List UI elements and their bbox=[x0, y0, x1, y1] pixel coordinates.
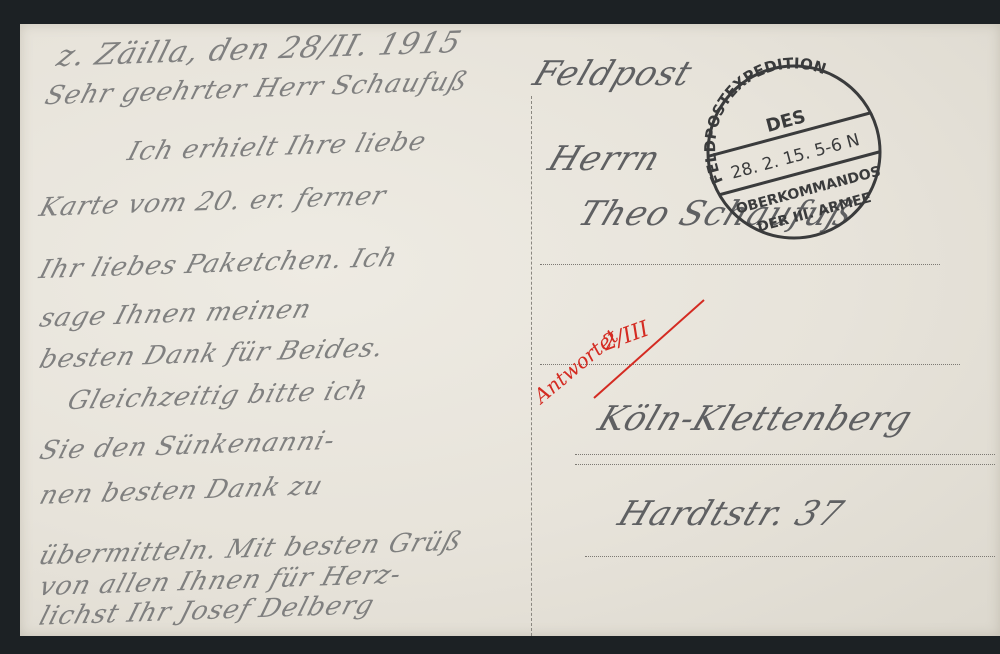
red-underline-stroke bbox=[590, 294, 710, 404]
address-line bbox=[540, 264, 940, 265]
message-line: nen besten Dank zu bbox=[36, 471, 327, 511]
center-divider-line bbox=[531, 96, 532, 636]
message-line: Sehr geehrter Herr Schaufuß bbox=[41, 67, 471, 112]
postcard: z. Zäilla, den 28/II. 1915 Sehr geehrter… bbox=[20, 24, 1000, 636]
address-line bbox=[575, 464, 995, 465]
message-line: Karte vom 20. er. ferner bbox=[36, 181, 390, 223]
message-line: Gleichzeitig bitte ich bbox=[64, 376, 372, 416]
recipient-city: Köln-Klettenberg bbox=[593, 399, 918, 439]
salutation: Herrn bbox=[543, 139, 667, 179]
postmark-stamp: FELDPOSTEXPEDITION DES 28. 2. 15. 5-6 N … bbox=[688, 52, 900, 252]
message-line: Ihr liebes Paketchen. Ich bbox=[36, 243, 402, 285]
service-note: Feldpost bbox=[528, 54, 698, 94]
message-line: Sie den Sünkenanni- bbox=[36, 426, 339, 466]
message-line: sage Ihnen meinen bbox=[36, 294, 315, 333]
message-line: z. Zäilla, den 28/II. 1915 bbox=[53, 25, 466, 74]
recipient-street: Hardtstr. 37 bbox=[613, 494, 850, 534]
address-line bbox=[575, 454, 995, 455]
message-line: besten Dank für Beides. bbox=[36, 333, 388, 375]
address-line bbox=[585, 556, 995, 557]
message-line: Ich erhielt Ihre liebe bbox=[124, 127, 430, 167]
